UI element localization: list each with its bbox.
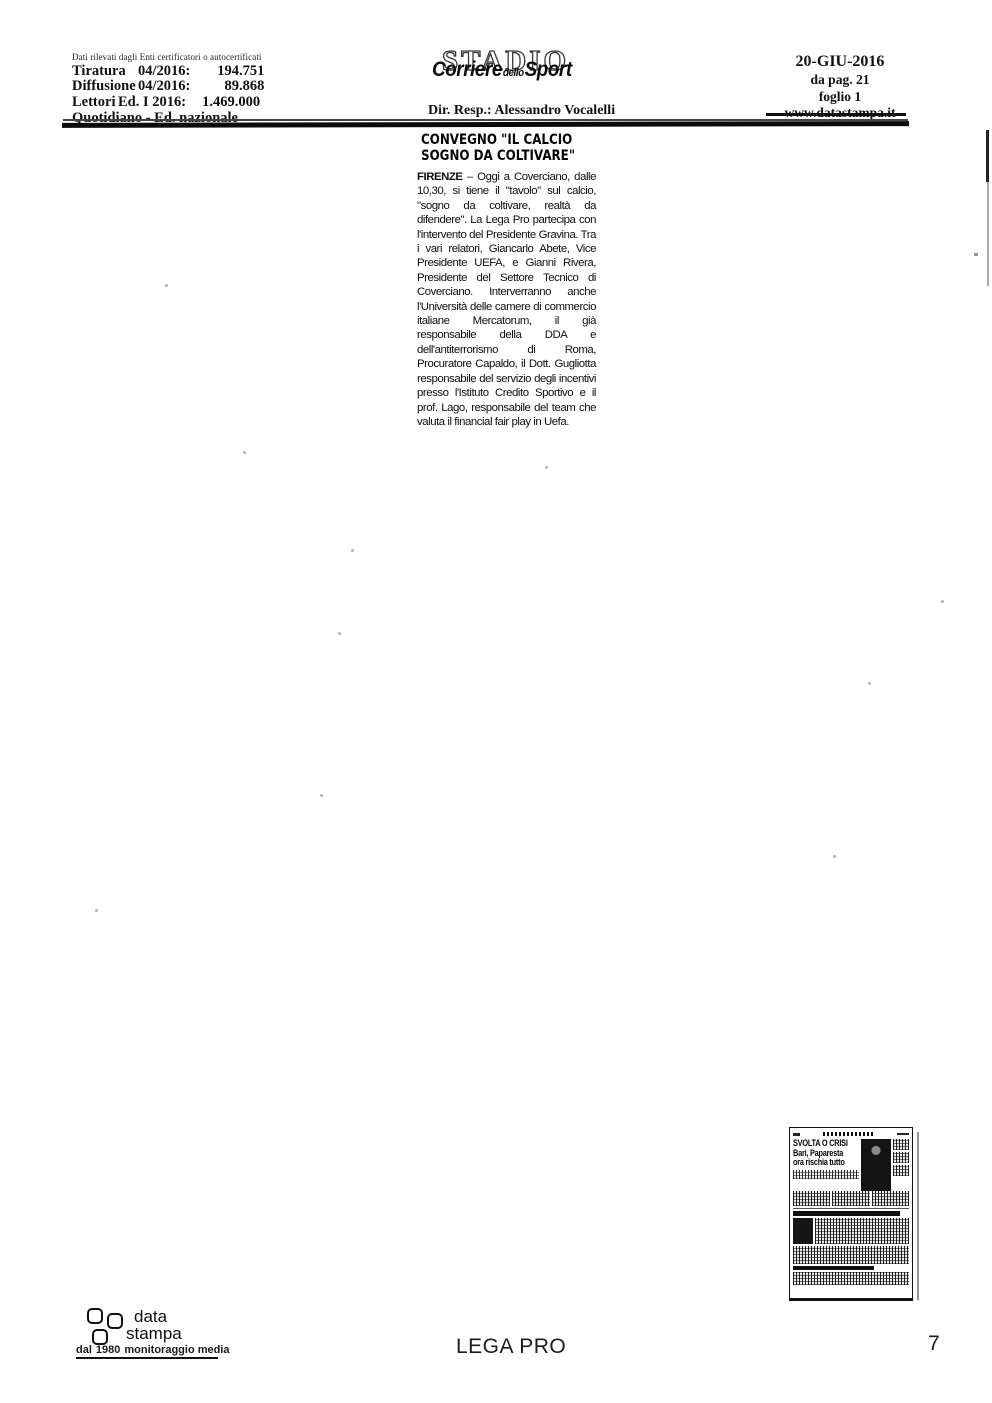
article-headline-line1: CONVEGNO "IL CALCIO <box>421 132 575 148</box>
issue-from-page: da pag. 21 <box>770 71 910 88</box>
publication-name-part: Sport <box>525 58 572 81</box>
thumbnail-text-band <box>793 1246 909 1264</box>
thumbnail-text-block <box>793 1191 830 1206</box>
thumbnail-masthead-mark <box>897 1133 909 1135</box>
thumbnail-text-block <box>872 1191 909 1206</box>
datastampa-logo-square <box>87 1308 103 1324</box>
scan-speck <box>243 451 246 454</box>
publication-logo: STADIO CorrieredelloSport <box>432 45 607 95</box>
tagline-pre: dal <box>76 1344 92 1356</box>
publication-name-part: dello <box>503 67 524 79</box>
thumbnail-text-block <box>815 1218 909 1244</box>
thumbnail-mid-headline <box>793 1211 900 1216</box>
stat-label: Lettori <box>72 95 118 110</box>
scan-speck <box>545 466 548 469</box>
thumbnail-text-block <box>832 1191 869 1206</box>
scan-edge-line-dark <box>986 130 989 182</box>
thumbnail-photo-small <box>793 1218 813 1244</box>
datastampa-logo-square <box>107 1313 123 1329</box>
thumbnail-text-band <box>793 1191 909 1206</box>
tagline-underline <box>76 1357 218 1359</box>
thumbnail-text-band <box>793 1218 909 1244</box>
thumbnail-text-band <box>793 1272 909 1285</box>
thumbnail-masthead-title <box>823 1132 875 1136</box>
stat-value: 89.868 <box>198 79 264 94</box>
article-body: FIRENZE – Oggi a Coverciano, dalle 10,30… <box>417 170 596 429</box>
scan-speck <box>351 549 354 552</box>
website-underline <box>766 113 906 116</box>
stat-label: Tiratura <box>72 64 138 79</box>
publication-name-part: Corriere <box>432 58 502 81</box>
thumbnail-masthead <box>793 1131 909 1137</box>
header-rule-thin <box>63 119 908 121</box>
thumbnail-lead-story: SVOLTA O CRISI Bari, Paparesta ora risch… <box>793 1139 909 1191</box>
thumbnail-rule <box>793 1208 909 1209</box>
scan-speck <box>338 632 341 635</box>
thumbnail-photo <box>861 1139 891 1191</box>
datastampa-logo-square <box>92 1329 108 1345</box>
stat-period: 04/2016: <box>138 79 190 94</box>
thumbnail-scan-shadow <box>917 1132 919 1300</box>
stat-value: 1.469.000 <box>194 95 260 110</box>
stat-row-diffusione: Diffusione 04/2016: 89.868 <box>72 79 382 94</box>
thumbnail-text-block <box>893 1139 909 1150</box>
thumbnail-side-column <box>893 1139 909 1191</box>
issue-date: 20-GIU-2016 <box>770 53 910 71</box>
stat-value: 194.751 <box>198 64 264 79</box>
thumbnail-text-block <box>893 1165 909 1176</box>
article-headline-line2: SOGNO DA COLTIVARE" <box>421 148 575 164</box>
article-body-text: – Oggi a Coverciano, dalle 10,30, si tie… <box>417 171 596 428</box>
scan-speck <box>941 600 944 603</box>
thumbnail-headline-block: SVOLTA O CRISI Bari, Paparesta ora risch… <box>793 1139 859 1191</box>
page-number: 7 <box>928 1332 940 1356</box>
thumbnail-bottom-headline <box>793 1266 874 1270</box>
scan-speck <box>95 909 98 912</box>
stat-period: Ed. I 2016: <box>118 95 186 110</box>
circulation-block: Dati rilevati dagli Enti certificatori o… <box>72 52 382 126</box>
thumbnail-subhead-texture <box>793 1170 859 1179</box>
datastampa-logo-word2: stampa <box>126 1324 182 1344</box>
stat-period: 04/2016: <box>138 64 190 79</box>
stat-label: Diffusione <box>72 79 138 94</box>
press-clipping-page: Dati rilevati dagli Enti certificatori o… <box>0 0 992 1403</box>
thumbnail-text-block <box>893 1152 909 1163</box>
scan-edge-line-gray <box>987 182 989 286</box>
certification-note: Dati rilevati dagli Enti certificatori o… <box>72 52 382 62</box>
article-headline: CONVEGNO "IL CALCIO SOGNO DA COLTIVARE" <box>421 132 575 164</box>
tagline-year: 1980 <box>96 1344 120 1356</box>
stat-row-lettori: Lettori Ed. I 2016: 1.469.000 <box>72 95 382 110</box>
section-label: LEGA PRO <box>456 1335 566 1359</box>
scan-speck <box>165 284 168 287</box>
scan-speck <box>974 253 978 256</box>
scan-speck <box>320 794 323 797</box>
stat-row-tiratura: Tiratura 04/2016: 194.751 <box>72 64 382 79</box>
thumbnail-headline-line3: ora rischia tutto <box>793 1158 847 1168</box>
issue-sheet: foglio 1 <box>770 88 910 105</box>
tagline-post: monitoraggio media <box>124 1344 229 1356</box>
newspaper-page-thumbnail: SVOLTA O CRISI Bari, Paparesta ora risch… <box>789 1127 913 1301</box>
publication-name: CorrieredelloSport <box>432 58 572 82</box>
thumbnail-masthead-mark <box>793 1133 800 1136</box>
scan-speck <box>868 682 871 685</box>
issue-info-block: 20-GIU-2016 da pag. 21 foglio 1 www.data… <box>770 53 910 121</box>
datastampa-tagline: dal 1980 monitoraggio media <box>76 1344 230 1356</box>
article-lead-word: FIRENZE <box>417 171 463 183</box>
scan-speck <box>833 855 836 858</box>
director-line: Dir. Resp.: Alessandro Vocalelli <box>428 103 628 119</box>
header-rule-main <box>62 121 909 128</box>
